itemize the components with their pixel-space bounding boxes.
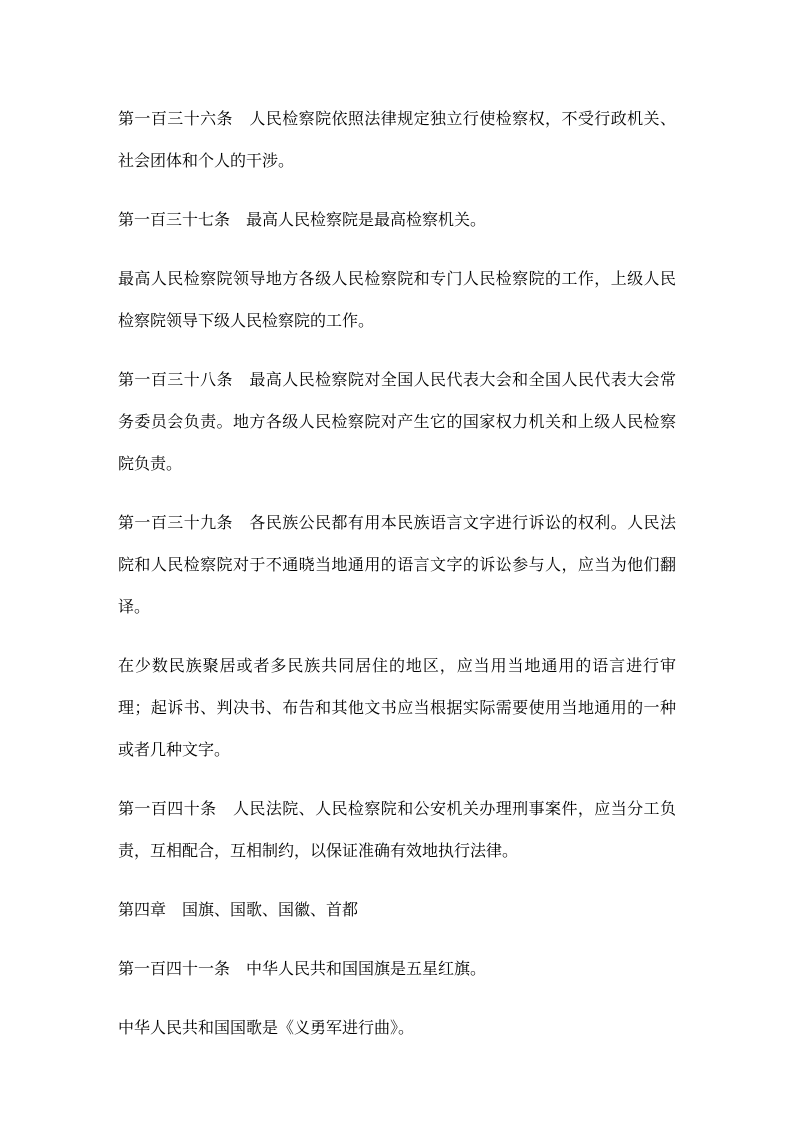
paragraph-article-140: 第一百四十条 人民法院、人民检察院和公安机关办理刑事案件，应当分工负责，互相配合…: [118, 789, 676, 873]
document-content: 第一百三十六条 人民检察院依照法律规定独立行使检察权，不受行政机关、社会团体和个…: [118, 99, 676, 1050]
paragraph-article-139-cont: 在少数民族聚居或者多民族共同居住的地区，应当用当地通用的语言进行审理；起诉书、判…: [118, 646, 676, 772]
paragraph-article-137-cont: 最高人民检察院领导地方各级人民检察院和专门人民检察院的工作，上级人民检察院领导下…: [118, 259, 676, 343]
paragraph-article-136: 第一百三十六条 人民检察院依照法律规定独立行使检察权，不受行政机关、社会团体和个…: [118, 99, 676, 183]
paragraph-article-137: 第一百三十七条 最高人民检察院是最高检察机关。: [118, 200, 676, 242]
chapter-4-heading: 第四章 国旗、国歌、国徽、首都: [118, 890, 676, 932]
paragraph-article-141: 第一百四十一条 中华人民共和国国旗是五星红旗。: [118, 949, 676, 991]
paragraph-article-138: 第一百三十八条 最高人民检察院对全国人民代表大会和全国人民代表大会常务委员会负责…: [118, 360, 676, 486]
document-page: 第一百三十六条 人民检察院依照法律规定独立行使检察权，不受行政机关、社会团体和个…: [0, 0, 793, 1122]
paragraph-article-141-cont: 中华人民共和国国歌是《义勇军进行曲》。: [118, 1008, 676, 1050]
paragraph-article-139: 第一百三十九条 各民族公民都有用本民族语言文字进行诉讼的权利。人民法院和人民检察…: [118, 503, 676, 629]
